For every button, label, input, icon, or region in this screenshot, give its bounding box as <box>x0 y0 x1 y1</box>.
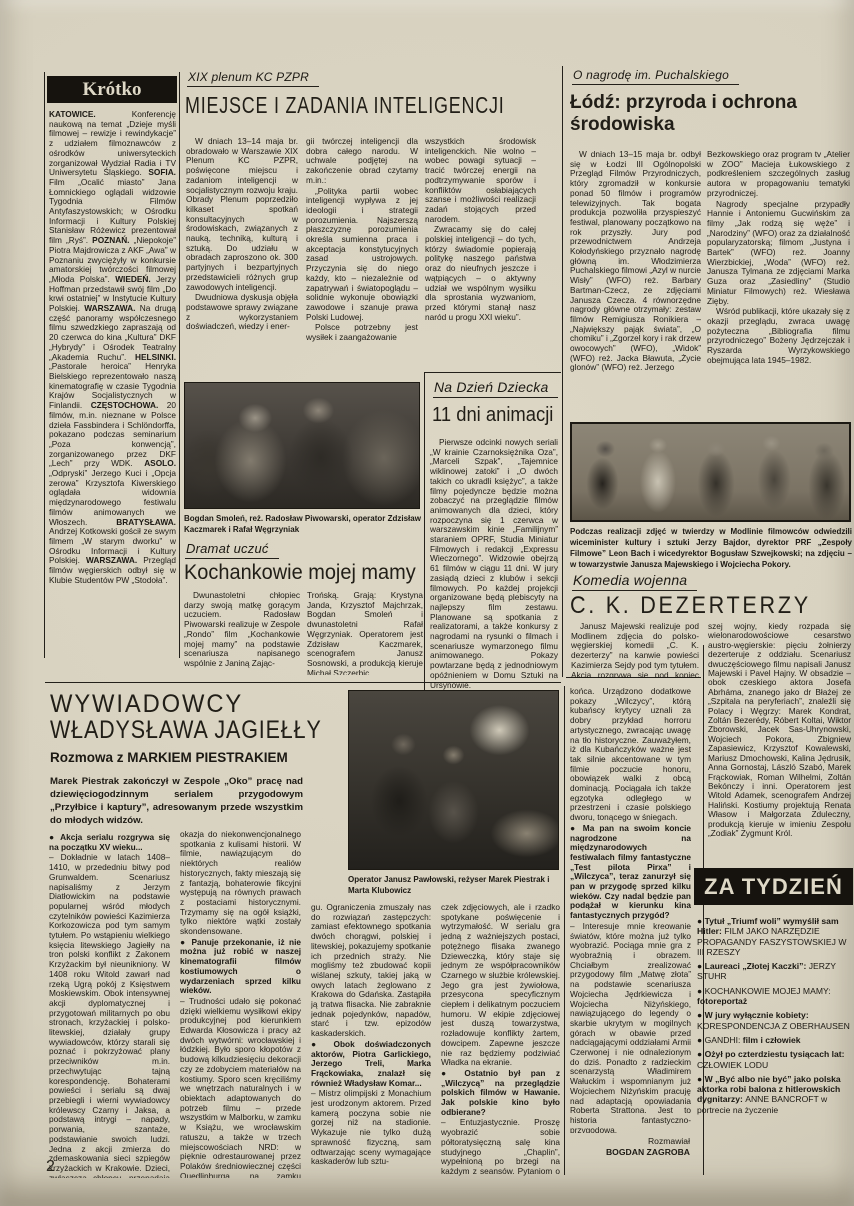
dezerterzy-kicker: Komedia wojenna <box>572 572 697 591</box>
lodz-headline-line1: Łódź: przyroda i ochrona <box>570 92 852 114</box>
wywiadowcy-column-5: końca. Urządzono dodatkowe pokazy „Wilcz… <box>570 687 691 1133</box>
plenum-headline: MIEJSCE I ZADANIA INTELIGENCJI <box>185 92 504 119</box>
za-tydzien-item: ● W jury wyłącznie kobiety: KORESPONDENC… <box>697 1010 851 1031</box>
kochankowie-kicker: Dramat uczuć <box>185 541 279 559</box>
za-tydzien-item: ● W „Być albo nie być” jako polska aktor… <box>697 1074 851 1115</box>
wywiadowcy-column-3: gu. Ograniczenia zmuszały nas do rozwiąz… <box>311 903 431 1178</box>
lodz-kicker: O nagrodę im. Puchalskiego <box>572 68 739 85</box>
interview-signoff-label: Rozmawiał <box>570 1136 690 1147</box>
divider-krotko-right <box>179 72 180 658</box>
lodz-column-1: W dniach 13–15 maja br. odbył się w Łodz… <box>570 150 701 418</box>
lodz-column-2: Bezkowskiego oraz program tv „Atelier w … <box>707 150 850 418</box>
wywiadowcy-column-2: okazja do niekonwencjonalnego spotkania … <box>180 830 301 1178</box>
za-tydzien-item: ● GANDHI: film i człowiek <box>697 1035 851 1045</box>
za-tydzien-item: ● Laureaci „Złotej Kaczki”: JERZY STUHR <box>697 961 851 982</box>
divider-col5-left <box>564 686 565 1175</box>
photo-piestrak-set <box>348 690 559 870</box>
photo-modlin-visit <box>570 422 851 522</box>
plenum-column-1: W dniach 13–14 maja br. obradowało w War… <box>186 137 298 379</box>
photo-kochankowie-set <box>184 382 420 509</box>
photo-piestrak-caption: Operator Janusz Pawłowski, reżyser Marek… <box>348 874 560 898</box>
dezerterzy-column-1: Janusz Majewski realizuje pod Modlinem z… <box>571 622 699 678</box>
animacja-body: Pierwsze odcinki nowych seriali „W krain… <box>430 438 558 696</box>
za-tydzien-item: ● KOCHANKOWIE MOJEJ MAMY: fotoreportaż <box>697 986 851 1007</box>
wywiadowcy-headline-line2: WŁADYSŁAWA JAGIEŁŁY <box>50 716 322 745</box>
za-tydzien-header: ZA TYDZIEŃ <box>694 868 853 905</box>
za-tydzien-item: ● Ożył po czterdziestu tysiącach lat: CZ… <box>697 1049 851 1070</box>
wywiadowcy-intro: Marek Piestrak zakończył w Zespole „Oko”… <box>50 775 303 828</box>
dezerterzy-column-2: szej wojny, kiedy rozpada się wielonarod… <box>708 622 851 866</box>
wywiadowcy-headline-line1: WYWIADOWCY <box>50 690 243 719</box>
newspaper-page: Krótko KATOWICE. Konferencję naukową na … <box>0 0 854 1206</box>
wywiadowcy-column-1: ● Akcja serialu rozgrywa się na początku… <box>49 830 170 1178</box>
divider-dziecko-left <box>424 372 425 700</box>
krotko-header: Krótko <box>47 76 177 103</box>
photo-kochankowie-caption: Bogdan Smoleń, reż. Radosław Piwowarski,… <box>184 513 422 536</box>
kochankowie-column-1: Dwunastoletni chłopiec darzy swoją matkę… <box>184 591 300 675</box>
dezerterzy-headline: C. K. DEZERTERZY <box>570 592 811 620</box>
interview-signoff-name: BOGDAN ZAGROBA <box>570 1147 690 1158</box>
plenum-column-2: gii twórczej inteligencji dla dobra całe… <box>306 137 418 379</box>
page-number: 2 <box>46 1158 55 1176</box>
photo-modlin-caption: Podczas realizacji zdjęć w twierdzy w Mo… <box>570 526 852 571</box>
animacja-headline: 11 dni animacji <box>432 404 553 427</box>
krotko-body: KATOWICE. Konferencję naukową na temat „… <box>49 110 176 656</box>
za-tydzien-item: ● Tytuł „Triumf woli” wymyślił sam Hitle… <box>697 916 851 957</box>
kochankowie-headline: Kochankowie mojej mamy <box>184 561 416 585</box>
animacja-kicker: Na Dzień Dziecka <box>433 379 558 398</box>
divider-krotko-left <box>44 72 45 658</box>
divider-center-right <box>562 66 563 677</box>
plenum-column-3: wszystkich środowisk inteligenckich. Nie… <box>425 137 536 375</box>
wywiadowcy-subhead: Rozmowa z MARKIEM PIESTRAKIEM <box>50 750 288 765</box>
kochankowie-column-2: Trońską. Grają: Krystyna Janda, Krzyszto… <box>307 591 423 675</box>
lodz-headline-line2: środowiska <box>570 114 852 136</box>
wywiadowcy-column-4: czek zdjęciowych, ale i rzadko spotykane… <box>441 903 560 1178</box>
plenum-kicker: XIX plenum KC PZPR <box>187 70 319 87</box>
